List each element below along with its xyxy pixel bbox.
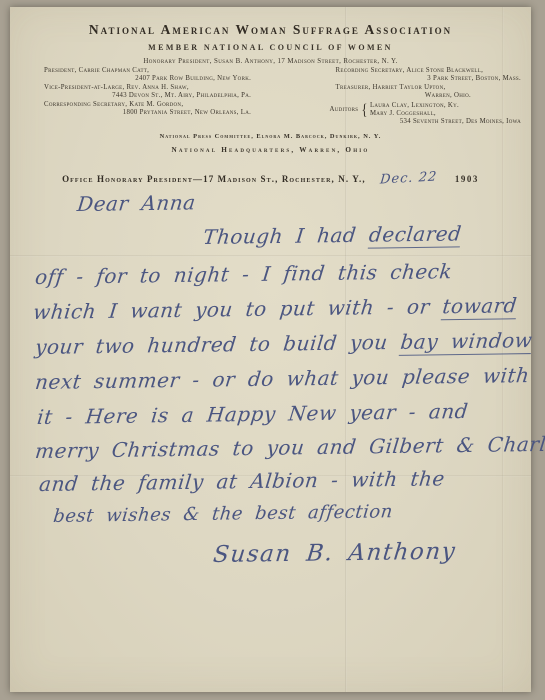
signature: Susan B. Anthony [212, 539, 526, 567]
member-council-line: MEMBER NATIONAL COUNCIL OF WOMEN [10, 43, 531, 52]
photo-backdrop: National American Woman Suffrage Associa… [0, 0, 545, 700]
letter-line: merry Christmas to you and Gilbert & Cha… [34, 432, 526, 463]
officers-right-column: Recording Secretary, Alice Stone Blackwe… [284, 67, 524, 127]
signature-text: Susan B. Anthony [212, 539, 458, 568]
underlined-text: toward [441, 293, 518, 320]
underlined-text: declared [368, 221, 463, 248]
officer-address: Warren, Ohio. [284, 92, 524, 100]
auditors-names: Laura Clay, Lexington, Ky. Mary J. Cogge… [370, 102, 459, 119]
honorary-president-line: Honorary President, Susan B. Anthony, 17… [10, 58, 531, 65]
officer-line: Treasurer, Harriet Taylor Upton, [284, 84, 524, 92]
officer-address: 7443 Devon St., Mt. Airy, Philadelphia, … [44, 92, 269, 100]
letter-line: it - Here is a Happy New year - and [36, 398, 526, 429]
letter-line: off - for to night - I find this check [34, 258, 526, 289]
letter-text: your two hundred to build you [34, 330, 402, 359]
letter-text: off - for to night - I find this check [34, 259, 453, 289]
officer-line: Vice-President-at-Large, Rev. Anna H. Sh… [44, 84, 269, 92]
officer-address: 2407 Park Row Building, New York. [44, 75, 269, 83]
press-committee-line: National Press Committee, Elnora M. Babc… [10, 133, 531, 140]
officer-address: 3 Park Street, Boston, Mass. [284, 75, 524, 83]
letter-text: it - Here is a Happy New year - and [36, 399, 469, 429]
letter-line: your two hundred to build you bay window [34, 328, 526, 359]
auditor-line: Mary J. Coggeshall, [370, 110, 459, 118]
officers-block: President, Carrie Chapman Catt, 2407 Par… [10, 66, 531, 127]
letter-text: Though I had [202, 223, 371, 249]
letter-line: and the family at Albion - with the [38, 465, 526, 496]
letterhead: National American Woman Suffrage Associa… [10, 7, 531, 187]
letter-line: which I want you to put with - or toward [32, 293, 526, 324]
letter-body: Dear Anna Though I had declared off - fo… [24, 192, 523, 567]
letter-text: and the family at Albion - with the [38, 466, 446, 496]
officers-left-column: President, Carrie Chapman Catt, 2407 Par… [44, 67, 269, 127]
underlined-text: bay window [399, 328, 534, 356]
letter-text: Dear Anna [76, 190, 197, 216]
auditor-address: 534 Seventh Street, Des Moines, Iowa [284, 118, 524, 126]
letter-line: next summer - or do what you please with [34, 363, 526, 394]
officer-line: Recording Secretary, Alice Stone Blackwe… [284, 67, 524, 75]
auditors-label: Auditors [330, 106, 359, 114]
letter-text: best wishes & the best affection [52, 501, 394, 527]
officer-line: Corresponding Secretary, Kate M. Gordon, [44, 101, 269, 109]
letter-line: Though I had declared [202, 220, 526, 249]
auditors-brace: { [361, 105, 368, 116]
office-date-row: Office Honorary President—17 Madison St.… [10, 169, 531, 187]
letter-text: which I want you to put with - or [32, 294, 444, 324]
officer-line: President, Carrie Chapman Catt, [44, 67, 269, 75]
letter-text: next summer - or do what you please with [34, 363, 531, 394]
letter-text: merry Christmas to you and Gilbert & Cha… [34, 431, 545, 463]
auditor-line: Laura Clay, Lexington, Ky. [370, 102, 459, 110]
office-address-line: Office Honorary President—17 Madison St.… [62, 174, 366, 184]
org-title: National American Woman Suffrage Associa… [10, 22, 531, 38]
letter-line: best wishes & the best affection [52, 498, 526, 529]
headquarters-line: National Headquarters, Warren, Ohio [10, 146, 531, 154]
officer-address: 1800 Prytania Street, New Orleans, La. [44, 109, 269, 117]
salutation-line: Dear Anna [76, 186, 526, 216]
printed-year: 1903 [455, 174, 479, 184]
handwritten-date: Dec. 22 [379, 169, 437, 187]
letter-paper: National American Woman Suffrage Associa… [10, 7, 531, 692]
auditors-row: Auditors { Laura Clay, Lexington, Ky. Ma… [284, 102, 524, 119]
